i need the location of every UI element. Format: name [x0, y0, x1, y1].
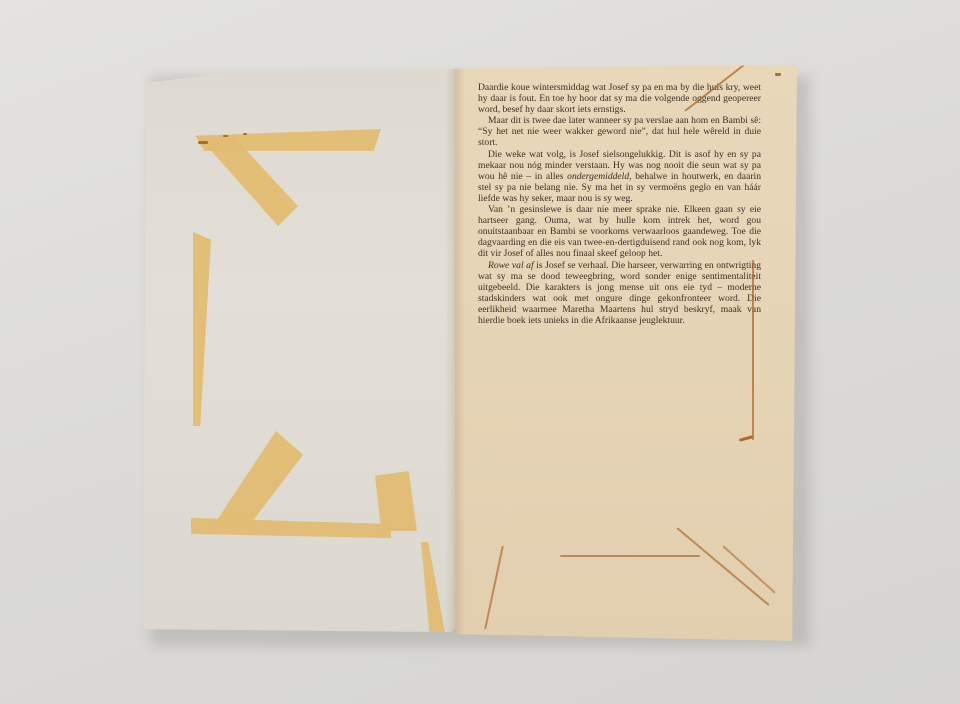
right-gutter-shadow [455, 65, 465, 641]
stain-top-right-dot [775, 73, 781, 76]
paragraph-5: Rowe val af is Josef se verhaal. Die har… [478, 260, 761, 327]
stain-dots [223, 135, 228, 137]
stain-bottom-left-vertical [484, 546, 504, 630]
paragraph-3-italic: ondergemiddeld [567, 171, 629, 182]
tape-spine-sliver [421, 542, 445, 632]
tape-bottom-right-block [375, 471, 417, 531]
tape-bottom-diagonal [213, 431, 303, 526]
tape-bottom-horizontal [191, 518, 391, 538]
paragraph-1: Daardie koue wintersmiddag wat Josef sy … [478, 82, 761, 115]
stain-bottom-horizontal [560, 555, 700, 557]
tape-left-vertical [193, 232, 211, 426]
right-page: Daardie koue wintersmiddag wat Josef sy … [455, 65, 797, 641]
stain-dots [198, 141, 208, 144]
left-gutter-shadow [445, 66, 455, 632]
stain-right-vertical [752, 260, 754, 440]
stain-bottom-diagonal [676, 527, 769, 606]
stain-right-corner [739, 435, 753, 442]
photo-scene: Daardie koue wintersmiddag wat Josef sy … [0, 0, 960, 704]
paragraph-3: Die weke wat volg, is Josef sielsongeluk… [478, 149, 761, 204]
paragraph-4: Van ’n gesinslewe is daar nie meer sprak… [478, 204, 761, 259]
book-title-italic: Rowe val af [488, 260, 534, 271]
left-page [143, 66, 455, 632]
blurb-text: Daardie koue wintersmiddag wat Josef sy … [478, 82, 761, 326]
paragraph-2: Maar dit is twee dae later wanneer sy pa… [478, 115, 761, 148]
stain-dots [243, 133, 247, 135]
